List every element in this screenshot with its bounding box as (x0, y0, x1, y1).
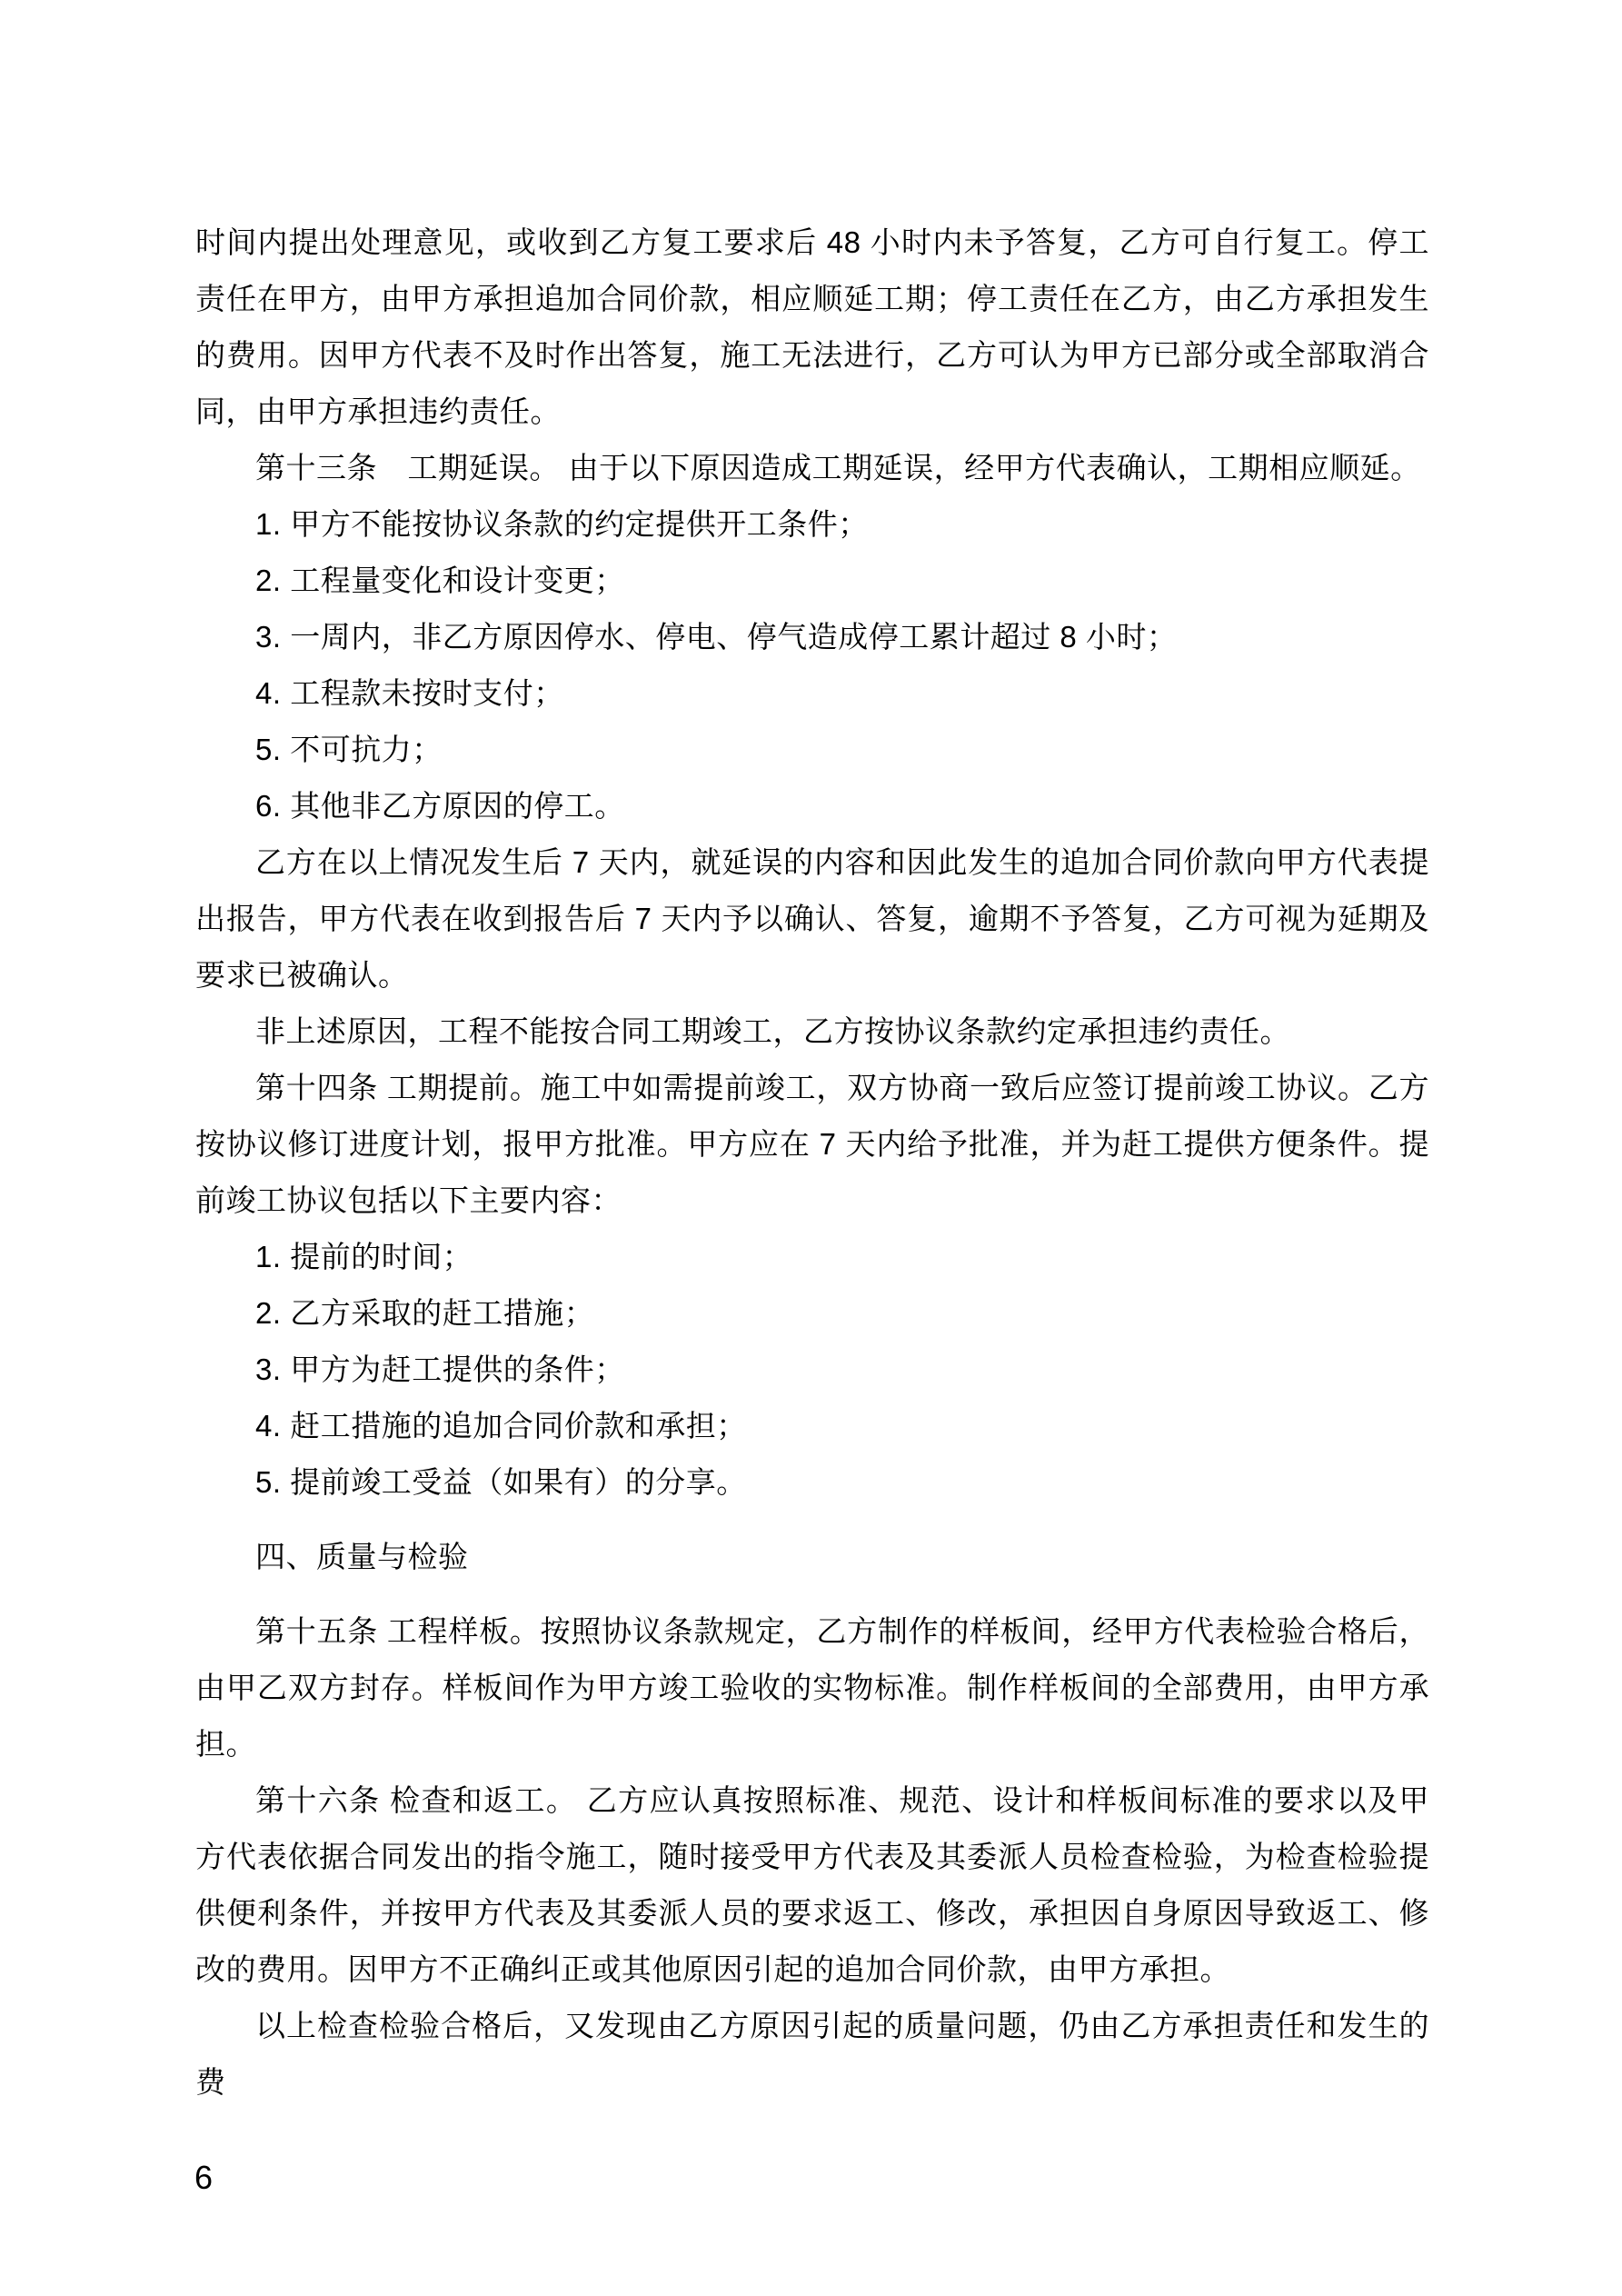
clause-13-item-5: 5. 不可抗力； (195, 722, 1429, 778)
clause-14-early-completion: 第十四条 工期提前。施工中如需提前竣工，双方协商一致后应签订提前竣工协议。乙方按… (195, 1060, 1429, 1229)
clause-16-inspection-rework: 第十六条 检查和返工。 乙方应认真按照标准、规范、设计和样板间标准的要求以及甲方… (195, 1772, 1429, 1998)
clause-13-item-3: 3. 一周内，非乙方原因停水、停电、停气造成停工累计超过 8 小时； (195, 609, 1429, 665)
clause-13-item-2: 2. 工程量变化和设计变更； (195, 553, 1429, 609)
clause-14-item-3: 3. 甲方为赶工提供的条件； (195, 1342, 1429, 1398)
para-breach-liability: 非上述原因，工程不能按合同工期竣工，乙方按协议条款约定承担违约责任。 (195, 1003, 1429, 1060)
para-delay-report: 乙方在以上情况发生后 7 天内，就延误的内容和因此发生的追加合同价款向甲方代表提… (195, 834, 1429, 1003)
clause-15-project-sample: 第十五条 工程样板。按照协议条款规定，乙方制作的样板间，经甲方代表检验合格后，由… (195, 1603, 1429, 1772)
section-heading-quality-inspection: 四、质量与检验 (195, 1529, 1429, 1585)
clause-14-item-1: 1. 提前的时间； (195, 1229, 1429, 1285)
clause-13-item-6: 6. 其他非乙方原因的停工。 (195, 778, 1429, 834)
para-quality-issue-liability: 以上检查检验合格后，又发现由乙方原因引起的质量问题，仍由乙方承担责任和发生的费 (195, 1998, 1429, 2111)
clause-14-item-5: 5. 提前竣工受益（如果有）的分享。 (195, 1454, 1429, 1511)
para-continuation-stoppage-liability: 时间内提出处理意见，或收到乙方复工要求后 48 小时内未予答复，乙方可自行复工。… (195, 215, 1429, 440)
clause-14-item-2: 2. 乙方采取的赶工措施； (195, 1285, 1429, 1342)
clause-13-item-1: 1. 甲方不能按协议条款的约定提供开工条件； (195, 496, 1429, 553)
document-page: 时间内提出处理意见，或收到乙方复工要求后 48 小时内未予答复，乙方可自行复工。… (0, 0, 1622, 2296)
document-body: 时间内提出处理意见，或收到乙方复工要求后 48 小时内未予答复，乙方可自行复工。… (195, 215, 1429, 2111)
clause-13-item-4: 4. 工程款未按时支付； (195, 665, 1429, 722)
clause-13-schedule-delay: 第十三条 工期延误。 由于以下原因造成工期延误，经甲方代表确认，工期相应顺延。 (195, 440, 1429, 496)
page-number: 6 (194, 2158, 213, 2198)
clause-14-item-4: 4. 赶工措施的追加合同价款和承担； (195, 1398, 1429, 1454)
